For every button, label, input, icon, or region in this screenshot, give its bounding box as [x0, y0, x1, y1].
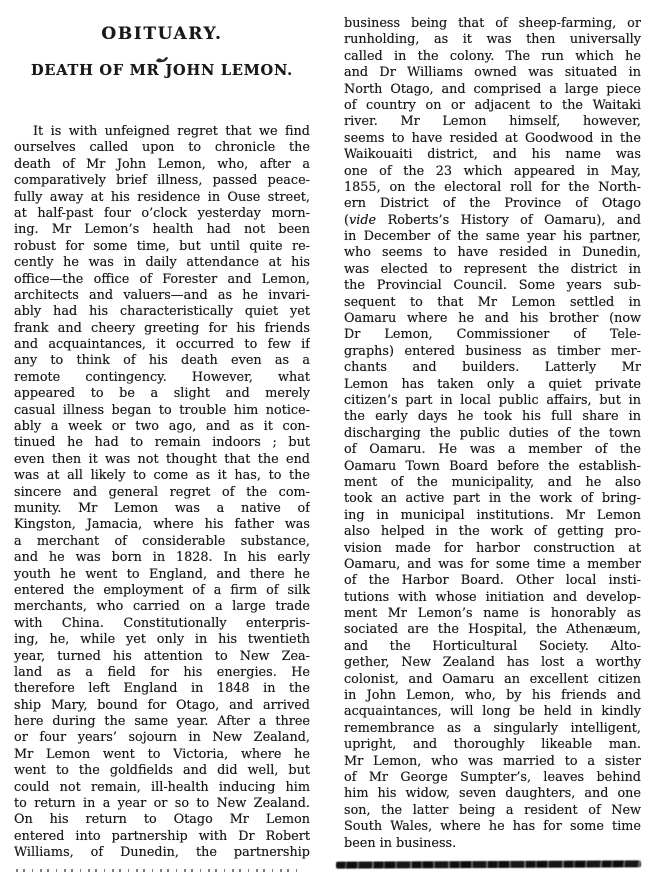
text-line: remembrance as a singularly intelligent,: [344, 721, 641, 737]
text-line: citizen’s part in local public affairs, …: [344, 393, 641, 409]
text-line: casual illness began to trouble him noti…: [14, 403, 310, 419]
text-line: graphs) entered business as timber mer-: [344, 344, 641, 360]
text-line: tinued he had to remain indoors ; but: [14, 435, 310, 451]
text-line: (vide Roberts’s History of Oamaru), and: [344, 213, 641, 229]
text-line: tutions with whose initiation and develo…: [344, 590, 641, 606]
text-line: in December of the same year his partner…: [344, 229, 641, 245]
text-line: Kingston, Jamacia, where his father was: [14, 517, 310, 533]
text-line: also helped in the work of getting pro-: [344, 524, 641, 540]
text-line: the Provincial Council. Some years sub-: [344, 278, 641, 294]
text-line: sequent to that Mr Lemon settled in: [344, 295, 641, 311]
text-line: a merchant of considerable substance,: [14, 534, 310, 550]
text-line: ing. Mr Lemon’s health had not been: [14, 222, 310, 238]
left-column: OBITUARY. DEATH OF MR JOHN LEMON. It is …: [14, 0, 310, 881]
text-line: therefore left England in 1848 in the: [14, 681, 310, 697]
text-line: and the Horticultural Society. Alto-: [344, 639, 641, 655]
text-line: could not remain, ill-health inducing hi…: [14, 780, 310, 796]
text-line: been in business.: [344, 836, 641, 852]
text-line: entered into partnership with Dr Robert: [14, 829, 310, 845]
text-line: him his widow, seven daughters, and one: [344, 786, 641, 802]
text-line: chants and builders. Latterly Mr: [344, 360, 641, 376]
text-line: ably a week or two ago, and as it con-: [14, 419, 310, 435]
text-line: in John Lemon, who, by his friends and: [344, 688, 641, 704]
text-line: was elected to represent the district in: [344, 262, 641, 278]
text-line: runholding, as it was then universally: [344, 32, 641, 48]
text-line: sociated are the Hospital, the Athenæum,: [344, 622, 641, 638]
text-line: Oamaru where he and his brother (now: [344, 311, 641, 327]
text-line: acquaintances, will long be held in kind…: [344, 704, 641, 720]
text-line: ment Mr Lemon’s name is honorably as: [344, 606, 641, 622]
text-line: called in the colony. The run which he: [344, 49, 641, 65]
right-column-text: business being that of sheep-farming, or…: [344, 16, 641, 852]
text-line: of the Harbor Board. Other local insti-: [344, 573, 641, 589]
text-line: son, the latter being a resident of New: [344, 803, 641, 819]
clipped-line-fragment: [16, 869, 304, 872]
text-line: Oamaru, and was for some time a member: [344, 557, 641, 573]
text-line: ably had his characteristically quiet ye…: [14, 304, 310, 320]
text-line: fully away at his residence in Ouse stre…: [14, 190, 310, 206]
text-line: gether, New Zealand has lost a worthy: [344, 655, 641, 671]
ink-smudge-line: [336, 860, 641, 868]
text-line: at half-past four o’clock yesterday morn…: [14, 206, 310, 222]
obituary-title: OBITUARY.: [14, 24, 310, 44]
text-line: who seems to have resided in Dunedin,: [344, 245, 641, 261]
text-line: youth he went to England, and there he: [14, 567, 310, 583]
newspaper-page: OBITUARY. DEATH OF MR JOHN LEMON. It is …: [0, 0, 650, 881]
text-line: to return in a year or so to New Zealand…: [14, 796, 310, 812]
text-line: here during the same year. After a three: [14, 714, 310, 730]
text-line: seems to have resided at Goodwood in the: [344, 131, 641, 147]
text-line: cently he was in daily attendance at his: [14, 255, 310, 271]
text-line: river. Mr Lemon himself, however,: [344, 114, 641, 130]
text-line: went to the goldfields and did well, but: [14, 763, 310, 779]
text-line: with China. Constitutionally enterpris-: [14, 616, 310, 632]
text-line: munity. Mr Lemon was a native of: [14, 501, 310, 517]
text-line: It is with unfeigned regret that we find: [14, 124, 310, 140]
text-line: Oamaru Town Board before the establish-: [344, 459, 641, 475]
text-line: business being that of sheep-farming, or: [344, 16, 641, 32]
text-line: land as a field for his energies. He: [14, 665, 310, 681]
text-line: of Mr George Sumpter’s, leaves behind: [344, 770, 641, 786]
text-line: year, turned his attention to New Zea-: [14, 649, 310, 665]
italic-text: vide: [349, 213, 376, 228]
text-line: ship Mary, bound for Otago, and arrived: [14, 698, 310, 714]
text-line: and he was born in 1828. In his early: [14, 550, 310, 566]
left-column-text: It is with unfeigned regret that we find…: [14, 124, 310, 862]
text-line: Lemon has taken only a quiet private: [344, 377, 641, 393]
text-line: took an active part in the work of bring…: [344, 491, 641, 507]
text-line: even then it was not thought that the en…: [14, 452, 310, 468]
text-line: On his return to Otago Mr Lemon: [14, 812, 310, 828]
text-line: of country on or adjacent to the Waitaki: [344, 98, 641, 114]
text-line: upright, and thoroughly likeable man.: [344, 737, 641, 753]
text-line: ment of the municipality, and he also: [344, 475, 641, 491]
text-line: South Wales, where he has for some time: [344, 819, 641, 835]
text-line: vision made for harbor construction at: [344, 541, 641, 557]
text-line: 1855, on the electoral roll for the Nort…: [344, 180, 641, 196]
text-line: was at all likely to come as it has, to …: [14, 468, 310, 484]
text-line: office—the office of Forester and Lemon,: [14, 272, 310, 288]
text-line: robust for some time, but until quite re…: [14, 239, 310, 255]
text-line: frank and cheery greeting for his friend…: [14, 321, 310, 337]
text-line: ourselves called upon to chronicle the: [14, 140, 310, 156]
text-line: colonist, and Oamaru an excellent citize…: [344, 672, 641, 688]
text-line: Mr Lemon, who was married to a sister: [344, 754, 641, 770]
text-line: merchants, who carried on a large trade: [14, 599, 310, 615]
text: Roberts’s History of Oamaru), and: [376, 213, 641, 228]
text-line: comparatively brief illness, passed peac…: [14, 173, 310, 189]
text-line: one of the 23 which appeared in May,: [344, 164, 641, 180]
text-line: Williams, of Dunedin, the partnership: [14, 845, 310, 861]
fleuron-ornament-icon: [155, 49, 169, 57]
text-line: discharging the public duties of the tow…: [344, 426, 641, 442]
text-line: entered the employment of a firm of silk: [14, 583, 310, 599]
text-line: Waikouaiti district, and his name was: [344, 147, 641, 163]
text-line: of Oamaru. He was a member of the: [344, 442, 641, 458]
text-line: architects and valuers—and as he invari-: [14, 288, 310, 304]
text-line: North Otago, and comprised a large piece: [344, 82, 641, 98]
text-line: any to think of his death even as a: [14, 353, 310, 369]
text-line: sincere and general regret of the com-: [14, 485, 310, 501]
text-line: the early days he took his full share in: [344, 409, 641, 425]
obituary-subtitle: DEATH OF MR JOHN LEMON.: [14, 62, 310, 80]
text-line: Dr Lemon, Commissioner of Tele-: [344, 327, 641, 343]
text-line: or four years’ sojourn in New Zealand,: [14, 730, 310, 746]
right-column: business being that of sheep-farming, or…: [344, 0, 641, 881]
text-line: remote contingency. However, what: [14, 370, 310, 386]
text-line: appeared to be a slight and merely: [14, 386, 310, 402]
text-line: death of Mr John Lemon, who, after a: [14, 157, 310, 173]
text-line: Mr Lemon went to Victoria, where he: [14, 747, 310, 763]
text-line: and acquaintances, it occurred to few if: [14, 337, 310, 353]
text-line: and Dr Williams owned was situated in: [344, 65, 641, 81]
text-line: ern District of the Province of Otago: [344, 196, 641, 212]
text-line: ing, he, while yet only in his twentieth: [14, 632, 310, 648]
text-line: ing in municipal institutions. Mr Lemon: [344, 508, 641, 524]
